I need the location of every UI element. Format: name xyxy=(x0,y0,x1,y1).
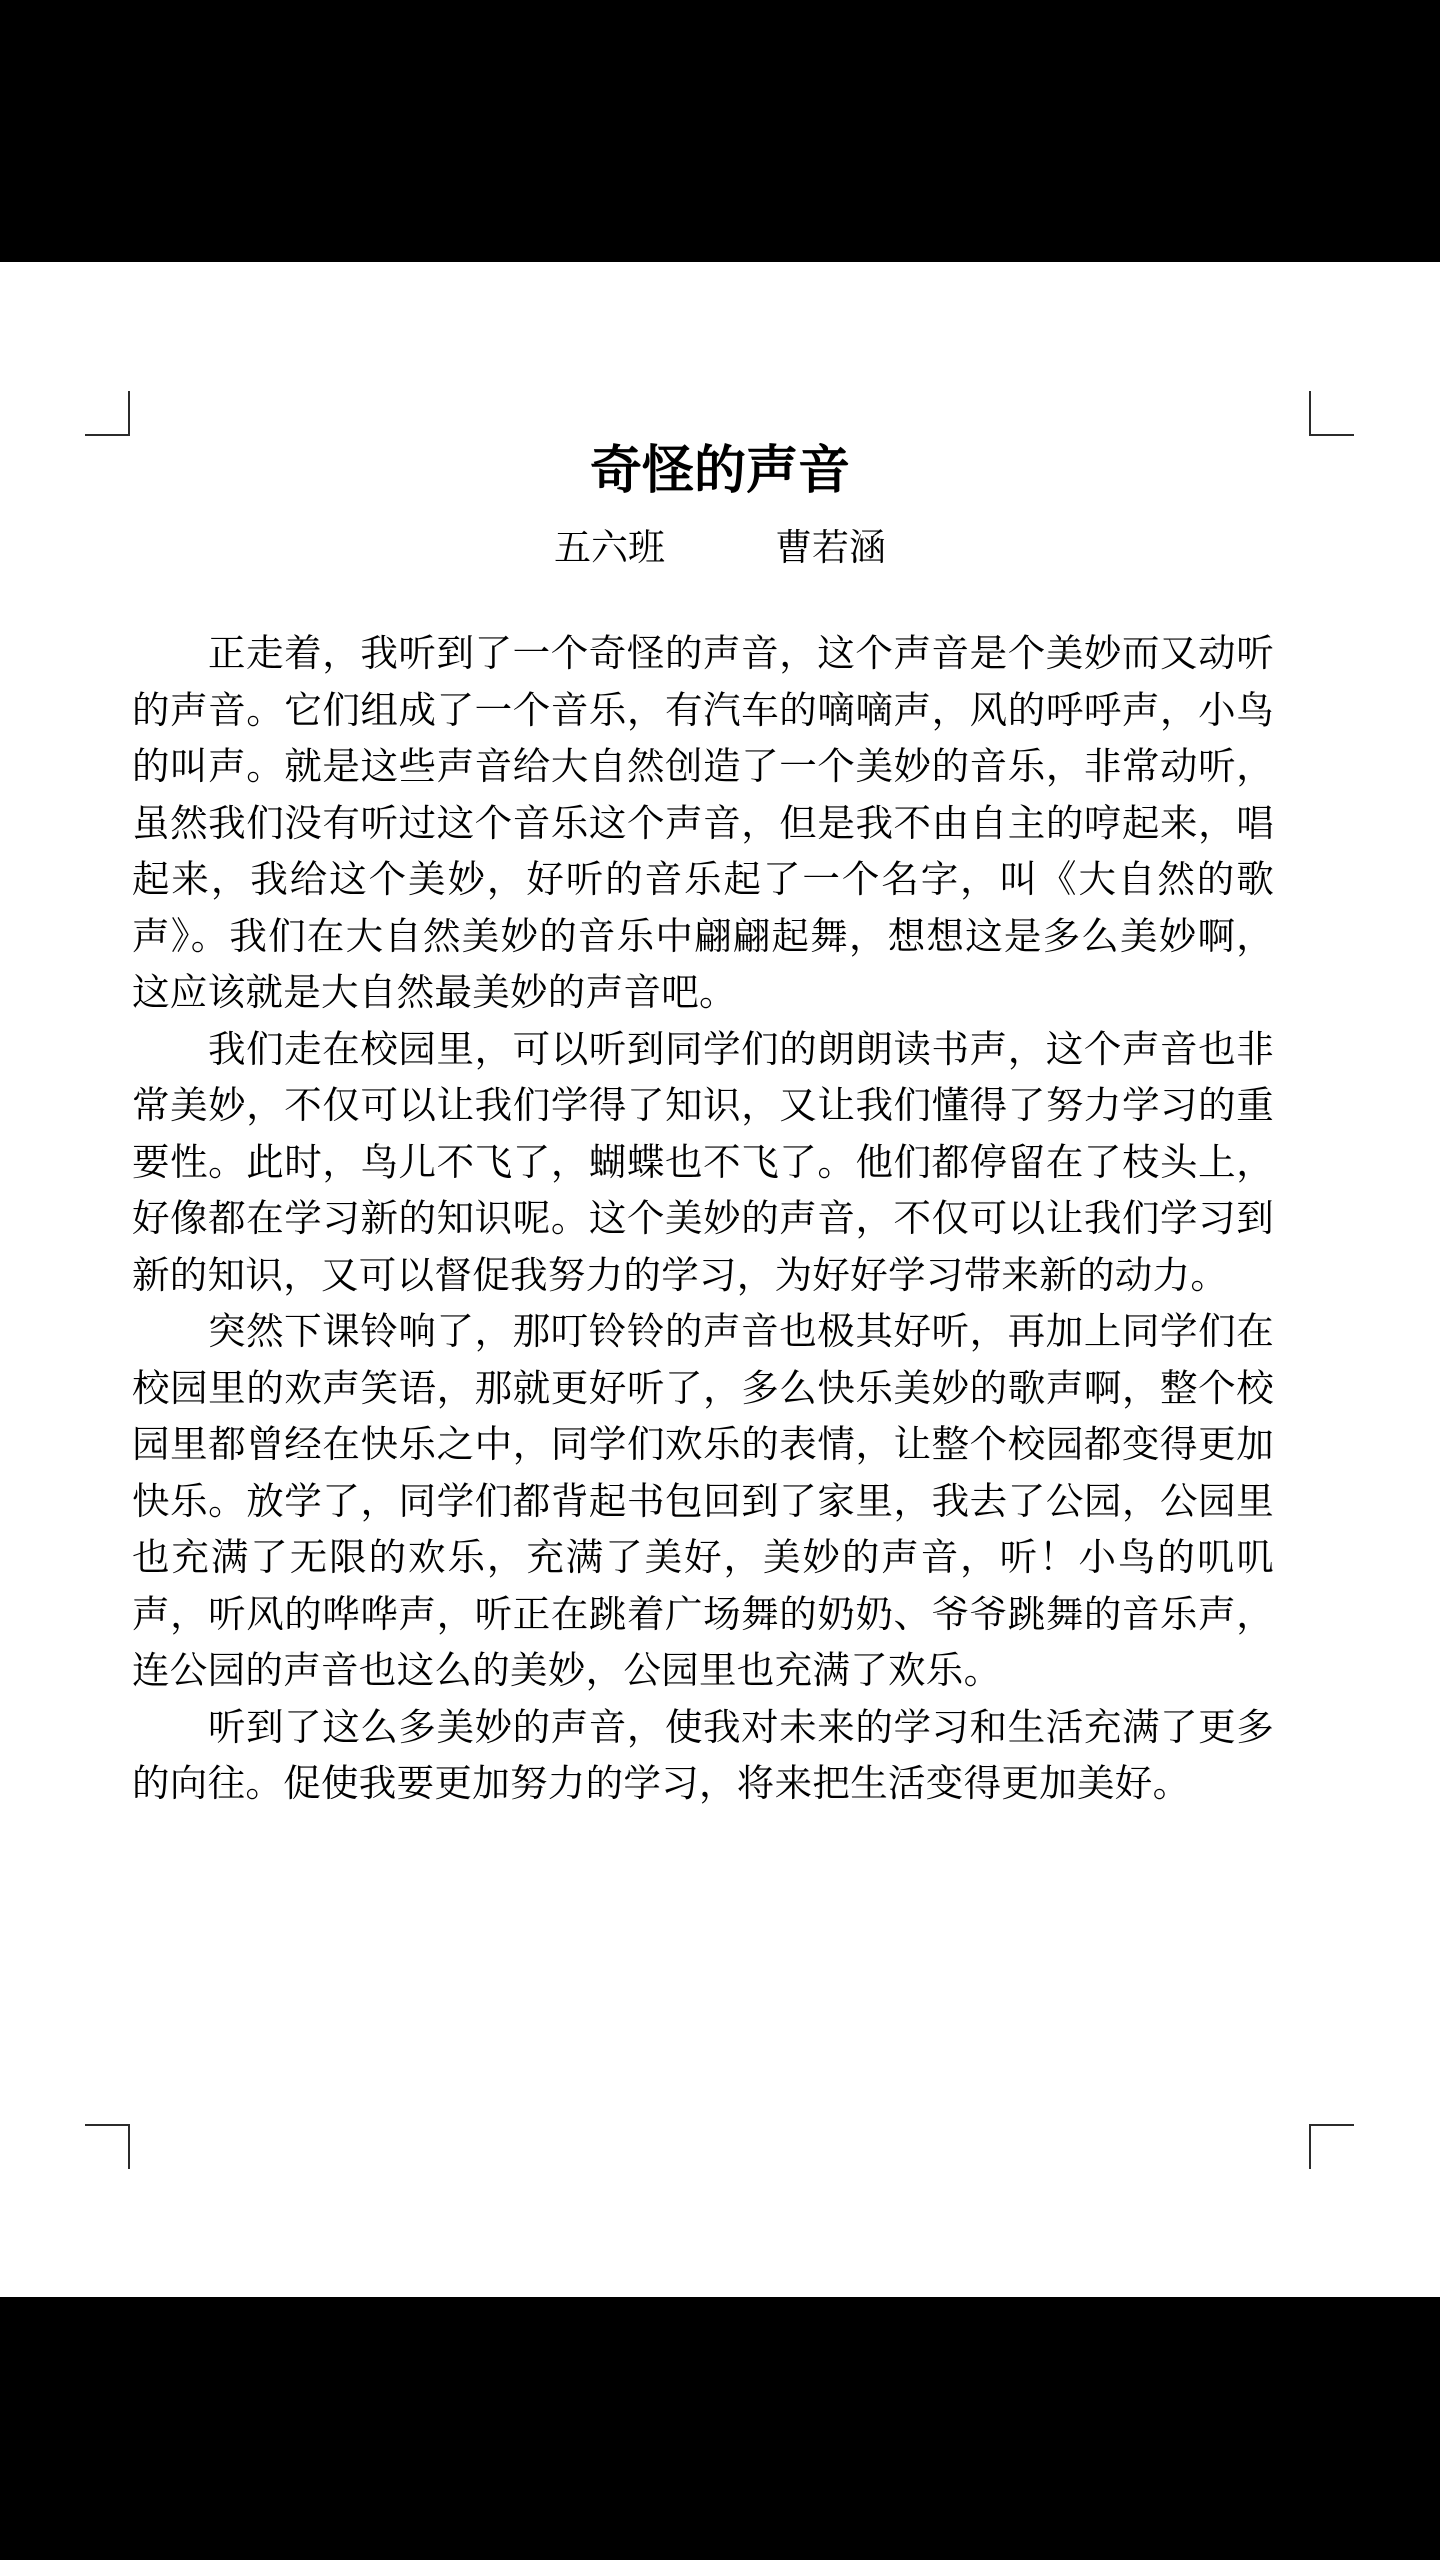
crop-mark-top-right xyxy=(1309,391,1354,436)
essay-body: 正走着，我听到了一个奇怪的声音，这个声音是个美妙而又动听的声音。它们组成了一个音… xyxy=(132,625,1274,1812)
crop-mark-top-left xyxy=(85,391,130,436)
paragraph-4: 听到了这么多美妙的声音，使我对未来的学习和生活充满了更多的向往。促使我要更加努力… xyxy=(132,1699,1274,1812)
paragraph-3: 突然下课铃响了，那叮铃铃的声音也极其好听，再加上同学们在校园里的欢声笑语，那就更… xyxy=(132,1303,1274,1699)
crop-mark-bottom-right xyxy=(1309,2124,1354,2169)
crop-mark-bottom-left xyxy=(85,2124,130,2169)
class-name: 五六班 xyxy=(554,524,665,572)
document-title: 奇怪的声音 xyxy=(0,440,1440,502)
byline: 五六班曹若涵 xyxy=(0,524,1440,572)
top-black-bar xyxy=(0,0,1440,262)
bottom-black-bar xyxy=(0,2297,1440,2560)
paragraph-2: 我们走在校园里，可以听到同学们的朗朗读书声，这个声音也非常美妙，不仅可以让我们学… xyxy=(132,1021,1274,1304)
author-name: 曹若涵 xyxy=(775,524,886,572)
paragraph-1: 正走着，我听到了一个奇怪的声音，这个声音是个美妙而又动听的声音。它们组成了一个音… xyxy=(132,625,1274,1021)
